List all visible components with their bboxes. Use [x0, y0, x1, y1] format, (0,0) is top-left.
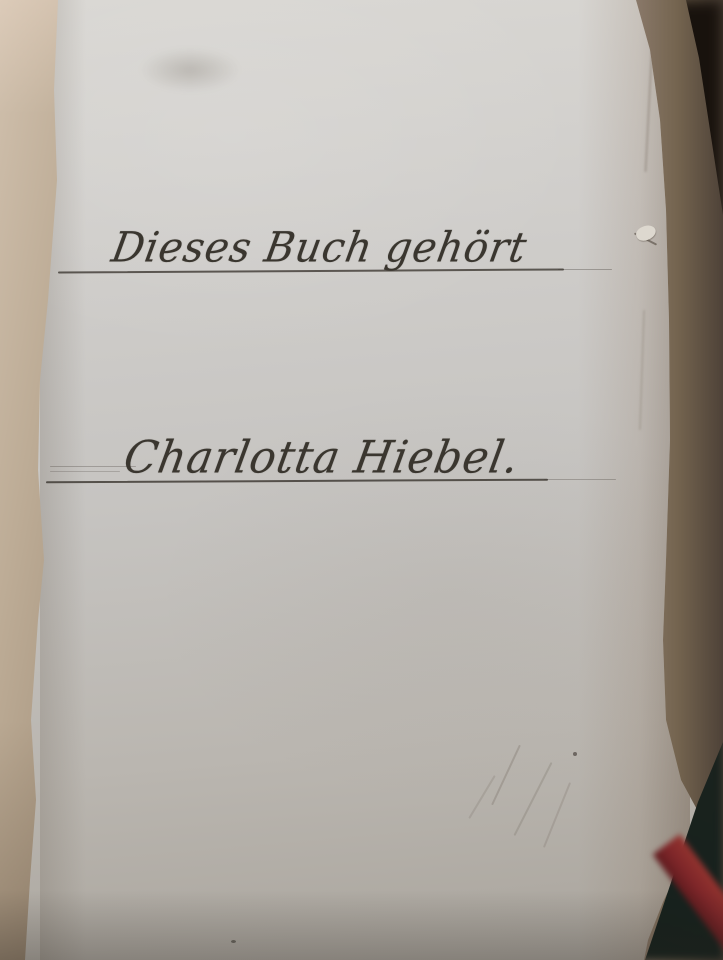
ruled-line-2-tail [544, 479, 616, 480]
ghost-writing-stroke [491, 745, 521, 806]
ghost-writing-stroke [513, 762, 552, 836]
book-flyleaf-photo: Dieses Buch gehört Charlotta Hiebel. [0, 0, 723, 960]
ghost-writing-stroke [468, 775, 495, 819]
faint-guide-line-b [50, 471, 120, 472]
inscription-line-1: Dieses Buch gehört [108, 224, 531, 272]
inscription-line-2: Charlotta Hiebel. [120, 432, 524, 484]
bottom-shadow-vignette [0, 890, 723, 960]
flyleaf-page: Dieses Buch gehört Charlotta Hiebel. [0, 0, 723, 960]
paper-stain [140, 48, 240, 92]
ghost-writing-stroke [543, 782, 571, 848]
ink-speck [573, 752, 577, 756]
ruled-line-1-tail [558, 269, 612, 270]
